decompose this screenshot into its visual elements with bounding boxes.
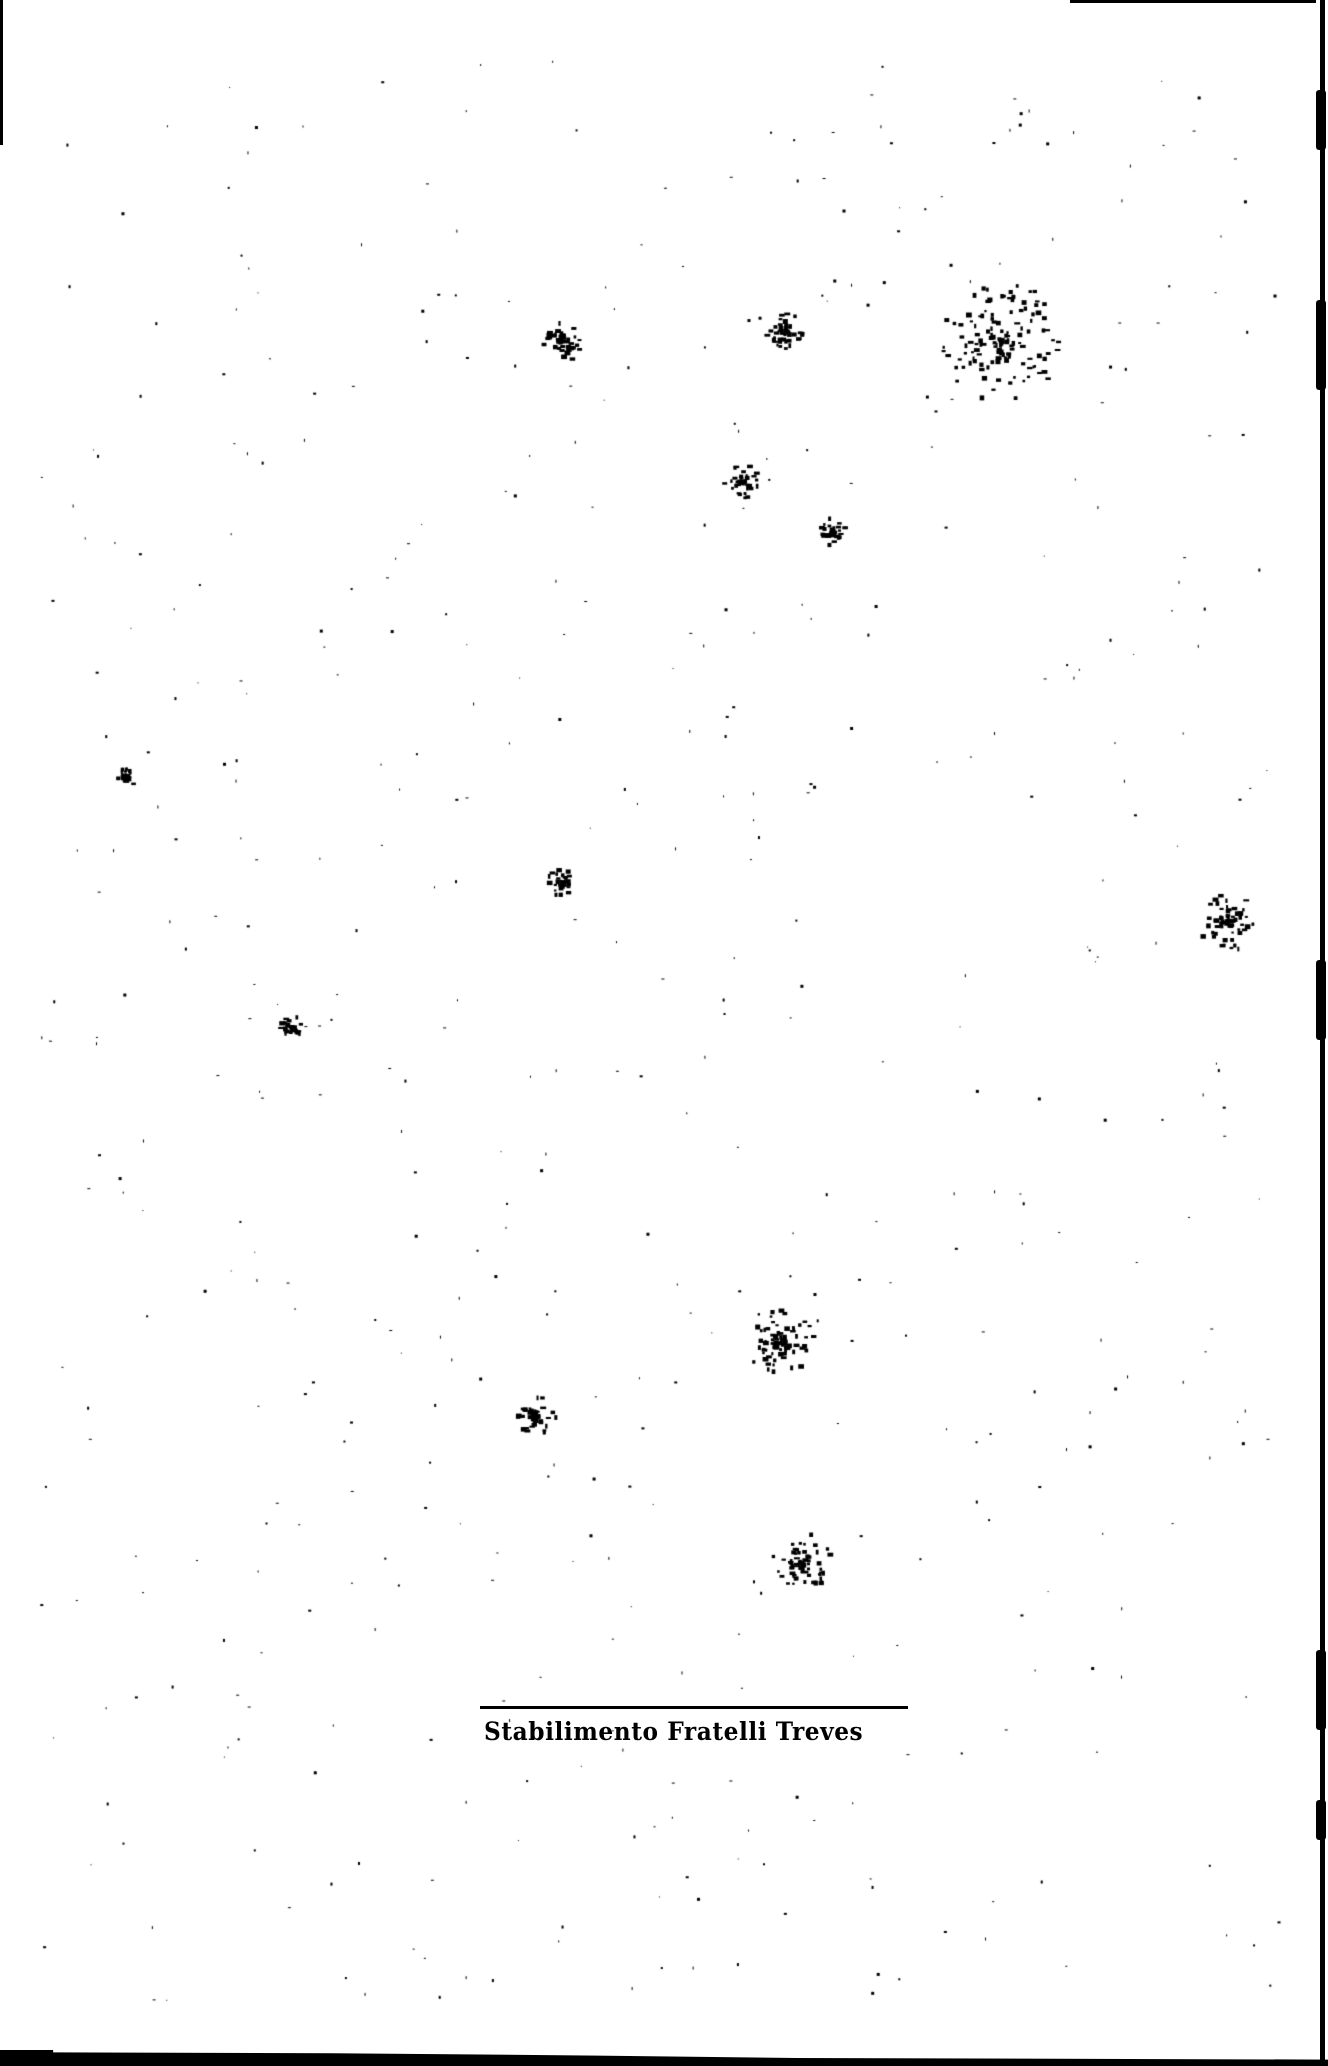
imprint-text: Stabilimento Fratelli Treves [484,1717,863,1746]
scanned-page: Stabilimento Fratelli Treves [0,0,1328,2066]
scan-border-bottom [0,2050,1328,2066]
scan-border-top [1070,0,1328,3]
scan-speckle-noise [0,0,1328,2066]
imprint-rule [480,1706,908,1709]
printer-imprint: Stabilimento Fratelli Treves [478,1706,908,1746]
scan-border-right [1316,0,1328,2066]
scan-border-left [0,0,3,145]
